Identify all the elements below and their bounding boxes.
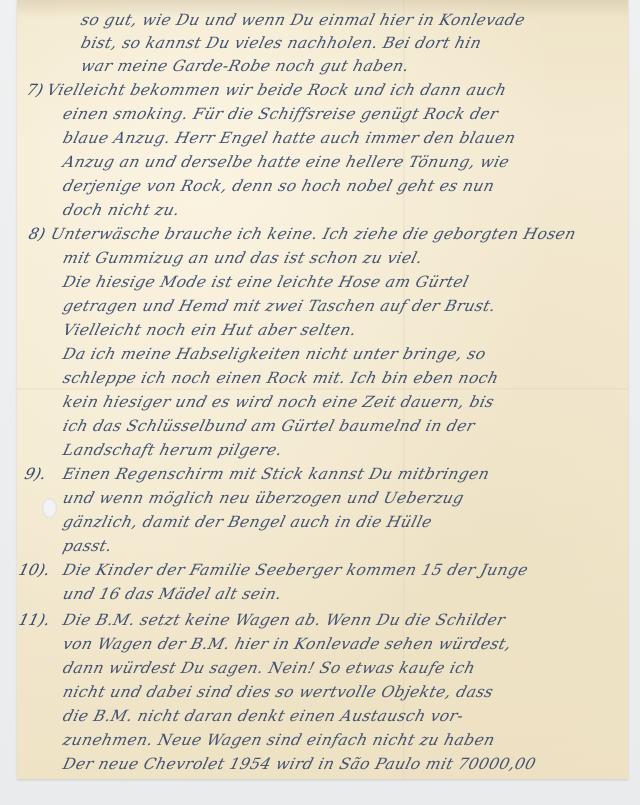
text-line: Die Kinder der Familie Seeberger kommen … [61,561,530,579]
text-line: mit Gummizug an und das ist schon zu vie… [61,249,425,267]
text-line: die B.M. nicht daran denkt einen Austaus… [61,707,465,725]
text-line: Vielleicht noch ein Hut aber selten. [61,321,358,339]
text-line: gänzlich, damit der Bengel auch in die H… [61,513,434,531]
text-line: von Wagen der B.M. hier in Konlevade seh… [61,635,513,653]
text-line: Unterwäsche brauche ich keine. Ich ziehe… [49,225,578,243]
text-line: Die hiesige Mode ist eine leichte Hose a… [61,273,471,291]
text-line: schleppe ich noch einen Rock mit. Ich bi… [61,369,501,387]
text-line: derjenige von Rock, denn so hoch nobel g… [61,177,497,195]
paper-fold-horizontal [17,388,628,390]
item-number: 11). [17,611,52,629]
text-line: blaue Anzug. Herr Engel hatte auch immer… [61,129,518,147]
item-number: 9). [23,465,48,483]
text-line: doch nicht zu. [61,201,182,219]
item-number: 10). [17,561,52,579]
text-line: Anzug an und derselbe hatte eine hellere… [61,153,511,171]
text-line: einen smoking. Für die Schiffsreise genü… [61,105,500,123]
letter-page: so gut, wie Du und wenn Du einmal hier i… [17,0,628,779]
text-line: Einen Regenschirm mit Stick kannst Du mi… [61,465,491,483]
text-line: dann würdest Du sagen. Nein! So etwas ka… [61,659,477,677]
item-number: 8) [27,225,47,243]
punch-hole [42,498,57,518]
text-line: Da ich meine Habseligkeiten nicht unter … [61,345,488,363]
text-line: Vielleicht bekommen wir beide Rock und i… [45,81,508,99]
text-line: Die B.M. setzt keine Wagen ab. Wenn Du d… [61,611,507,629]
text-line: so gut, wie Du und wenn Du einmal hier i… [79,11,527,29]
text-line: ich das Schlüsselbund am Gürtel baumelnd… [61,417,477,435]
text-line: nicht und dabei sind dies so wertvolle O… [61,683,495,701]
text-line: und wenn möglich neu überzogen und Ueber… [61,489,466,507]
text-line: bist, so kannst Du vieles nachholen. Bei… [79,34,484,52]
text-line: Landschaft herum pilgere. [61,441,284,459]
text-line: war meine Garde-Robe noch gut haben. [79,57,411,75]
text-line: passt. [61,537,114,555]
text-line: und 16 das Mädel alt sein. [61,585,284,603]
text-line: zunehmen. Neue Wagen sind einfach nicht … [61,731,497,749]
text-line: kein hiesiger und es wird noch eine Zeit… [61,393,496,411]
text-line: Der neue Chevrolet 1954 wird in São Paul… [61,755,538,773]
text-line: getragen und Hemd mit zwei Taschen auf d… [61,297,498,315]
item-number: 7) [25,81,45,99]
